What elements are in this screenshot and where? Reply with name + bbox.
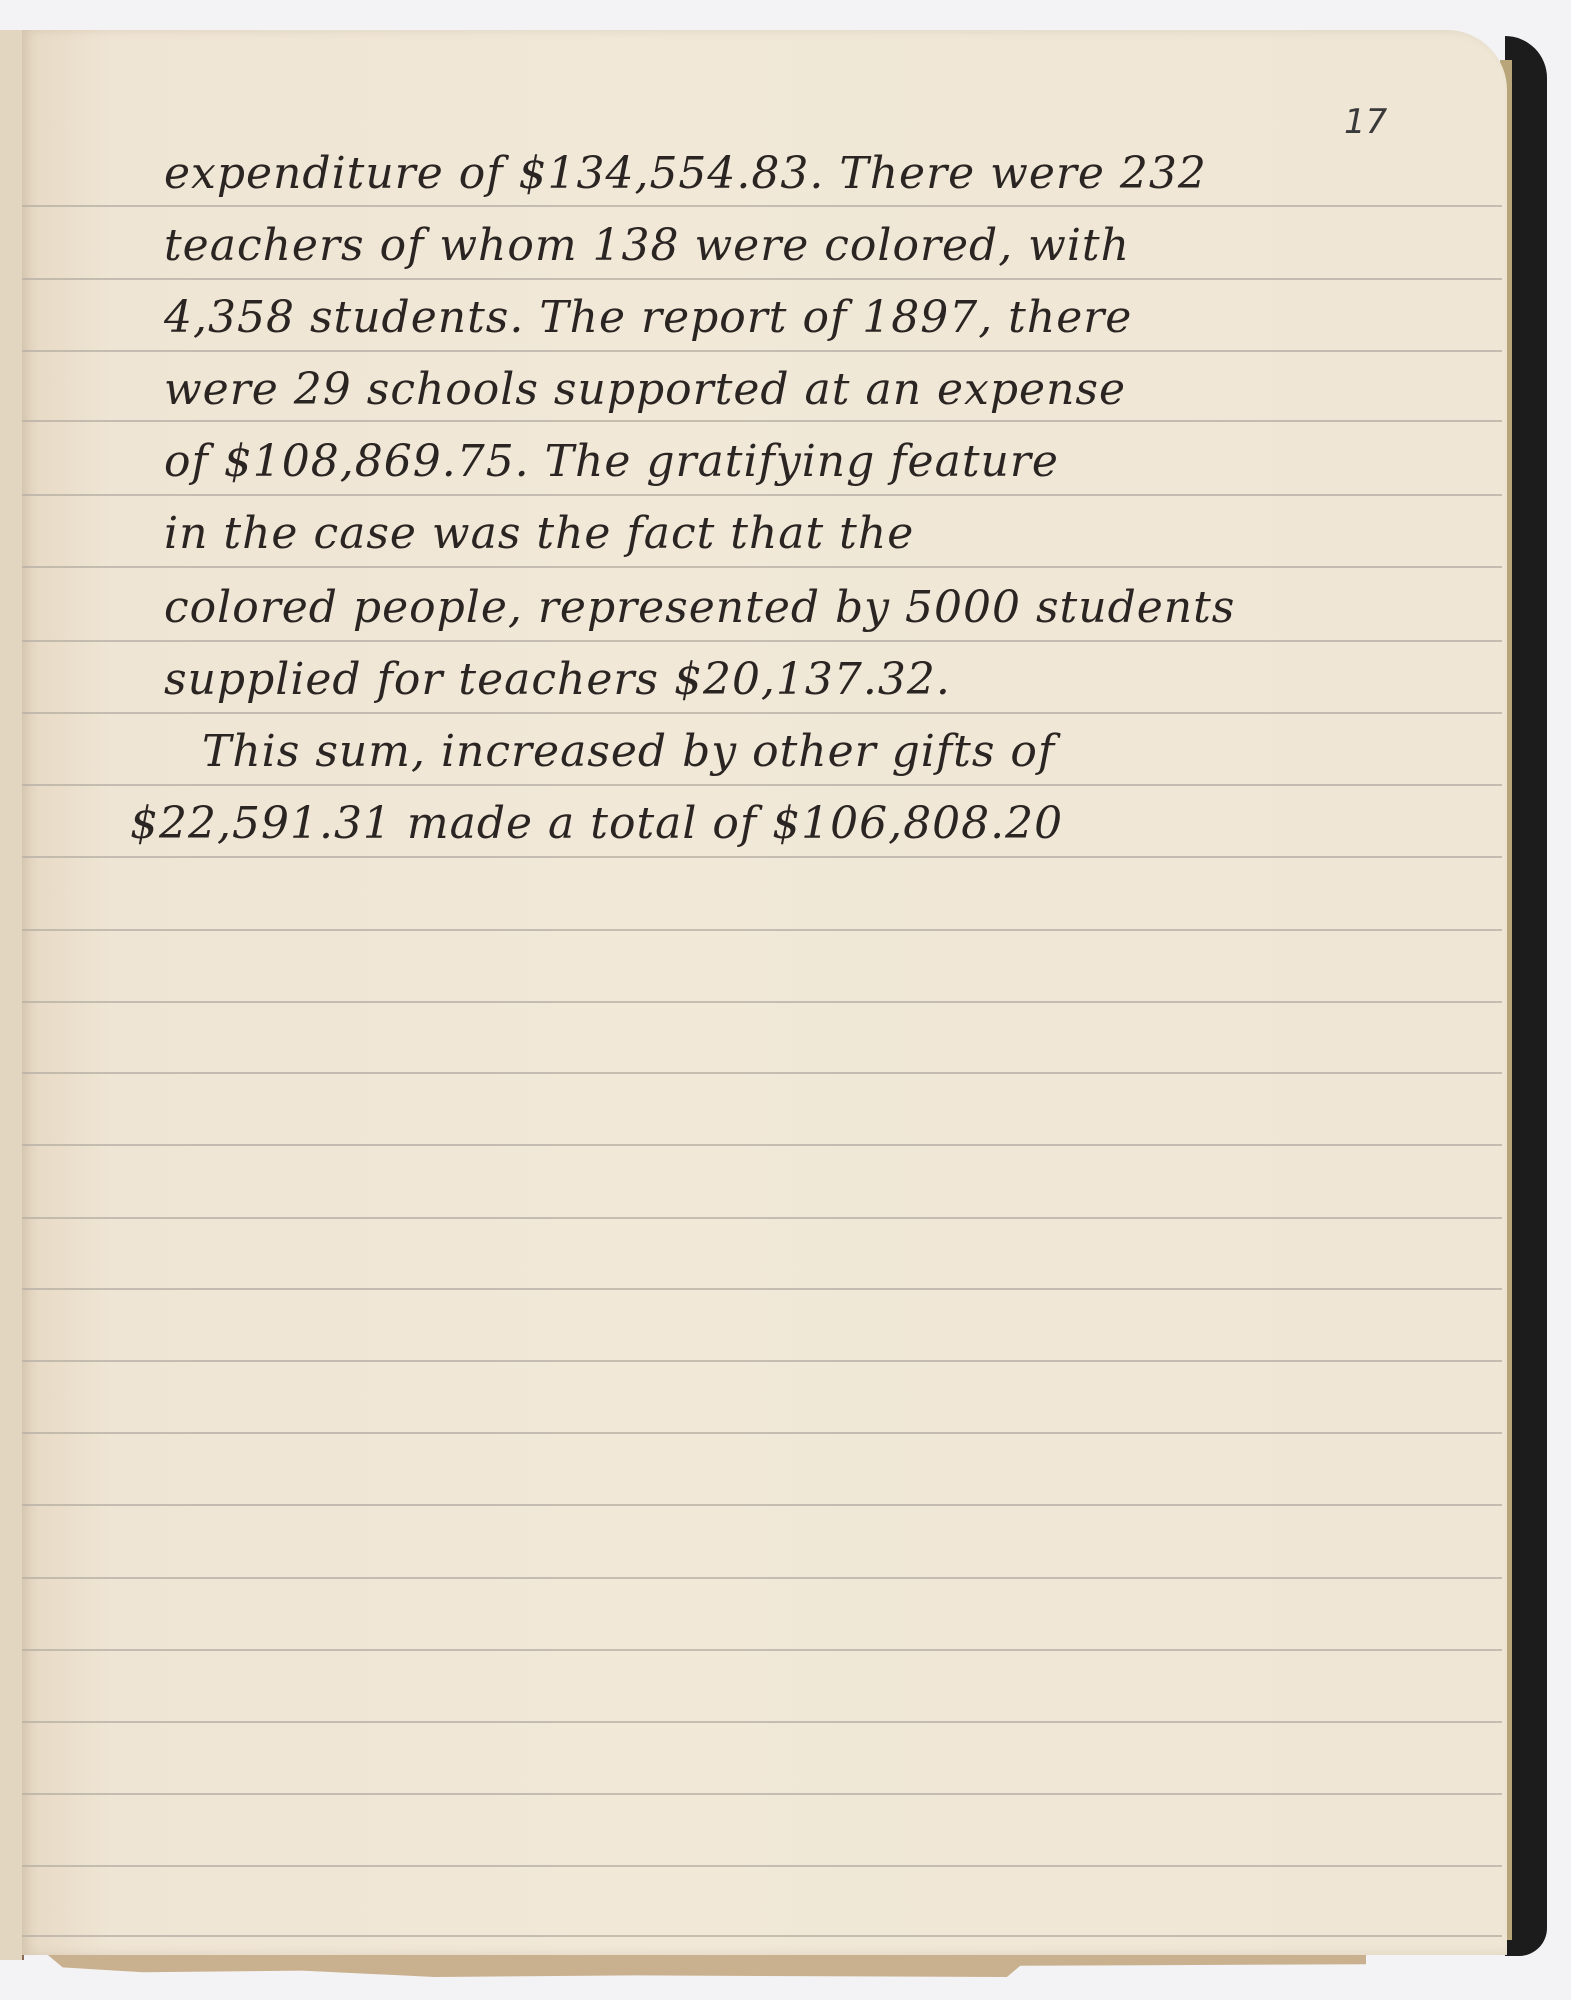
ruled-line <box>22 1793 1502 1795</box>
handwritten-line: supplied for teachers $20,137.32. <box>164 654 1504 705</box>
ruled-line <box>22 278 1502 280</box>
handwritten-line: expenditure of $134,554.83. There were 2… <box>164 148 1504 199</box>
ruled-line <box>22 1649 1502 1651</box>
notebook-page: 17 expenditure of $134,554.83. There wer… <box>22 30 1507 1955</box>
ruled-line <box>22 1360 1502 1362</box>
handwritten-line: 4,358 students. The report of 1897, ther… <box>164 292 1504 343</box>
page-number: 17 <box>1344 102 1387 142</box>
ruled-line <box>22 1288 1502 1290</box>
handwritten-line: This sum, increased by other gifts of <box>202 726 1542 777</box>
handwritten-line: teachers of whom 138 were colored, with <box>164 220 1504 271</box>
ruled-line <box>22 205 1502 207</box>
handwritten-line: colored people, represented by 5000 stud… <box>164 582 1504 633</box>
ruled-line <box>22 929 1502 931</box>
ruled-line <box>22 712 1502 714</box>
ruled-line <box>22 420 1502 422</box>
ruled-line <box>22 640 1502 642</box>
handwritten-line: of $108,869.75. The gratifying feature <box>164 436 1504 487</box>
ruled-line <box>22 566 1502 568</box>
ruled-line <box>22 856 1502 858</box>
handwritten-line: $22,591.31 made a total of $106,808.20 <box>130 798 1470 849</box>
ruled-line <box>22 1144 1502 1146</box>
ruled-line <box>22 1217 1502 1219</box>
ruled-line <box>22 1935 1502 1937</box>
adjacent-page-edge <box>0 30 24 1960</box>
ruled-line <box>22 1865 1502 1867</box>
ruled-line <box>22 494 1502 496</box>
ruled-line <box>22 1721 1502 1723</box>
ruled-line <box>22 350 1502 352</box>
ruled-line <box>22 1577 1502 1579</box>
handwritten-line: in the case was the fact that the <box>164 508 1504 559</box>
ruled-line <box>22 784 1502 786</box>
ruled-line <box>22 1001 1502 1003</box>
handwritten-line: were 29 schools supported at an expense <box>164 364 1504 415</box>
ruled-line <box>22 1072 1502 1074</box>
ruled-line <box>22 1504 1502 1506</box>
ruled-line <box>22 1432 1502 1434</box>
